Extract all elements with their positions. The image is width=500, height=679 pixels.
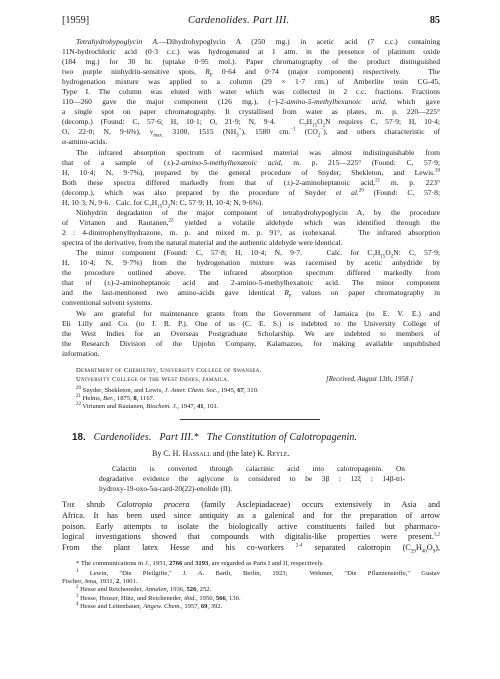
text-line: (decomp.) (Found: C, 57·6; H, 10·1; O, 2… <box>62 117 440 127</box>
text-line: the procedure outlined above. The infrar… <box>62 268 440 278</box>
text-line: poison. Early attempts to isolate the bi… <box>62 522 440 533</box>
text-line: α-amino-acids. <box>62 137 440 147</box>
footnote-4: 4 Hesse and Lettenbauer, Angew. Chem., 1… <box>62 603 440 611</box>
text-line: that of (±)-2-aminoheptanoic acid and 2-… <box>62 278 440 288</box>
received-date: [Received, August 13th, 1958.] <box>326 375 413 383</box>
text-line: From the plant latex Hesse and his co-wo… <box>62 543 440 554</box>
text-line: the Research Division of the Upjohn Comp… <box>62 339 440 349</box>
text-line: hydrogenation mixture was applied to a c… <box>62 77 440 87</box>
text-line: of Virtanen and Rautanen,22 yielded a vo… <box>62 218 440 228</box>
text-line: the West Indies for an Overseas Postgrad… <box>62 329 440 339</box>
text-line: 11N-hydrochloric acid (0·3 c.c.) was hyd… <box>62 47 440 57</box>
text-line: (184 mg.) for 30 hr. (uptake 0·95 mol.).… <box>62 57 440 67</box>
article-title: 18.Cardenolides. Part III.* The Constitu… <box>72 431 357 444</box>
text-line: The shrub Calotropia procera (family Asc… <box>62 500 440 511</box>
address-west-indies: University College of the West Indies, J… <box>76 375 229 384</box>
text-line: Calactin is converted through calactinic… <box>99 464 405 474</box>
text-line: spectra of the derivative, from the natu… <box>62 238 440 248</box>
paragraph-tetrahydrohypoglycin: Tetrahydrohypoglycin A.—Dihydrohypoglyci… <box>62 37 440 148</box>
text-line: We are grateful for maintenance grants f… <box>62 309 440 319</box>
text-line: 110—260 gave the major component (126 mg… <box>62 97 440 107</box>
text-line: that of a sample of (±)-2-amino-5-methyl… <box>62 158 440 168</box>
paragraph-racemised: The infrared absorption spectrum of race… <box>62 148 440 208</box>
text-line: 2 : 4-dinitrophenylhydrazone, m. p. and … <box>62 228 440 238</box>
text-line: conventional solvent systems. <box>62 298 440 308</box>
text-line: Tetrahydrohypoglycin A.—Dihydrohypoglyci… <box>62 37 440 47</box>
article-body: The shrub Calotropia procera (family Asc… <box>62 500 440 554</box>
text-line: Eli Lilly and Co. (to J. R. P.). One of … <box>62 319 440 329</box>
text-line: logical investigations showed that compo… <box>62 532 440 543</box>
text-line: Ninhydrin degradation of the major compo… <box>62 208 440 218</box>
byline: By C. H. Hassall and (the late) K. Reyle… <box>152 449 290 458</box>
text-line: The minor component (Found: C, 57·8; H, … <box>62 248 440 258</box>
text-line: information. <box>62 349 440 359</box>
text-line: two purple ninhydrin-sensitive spots, RF… <box>62 67 440 77</box>
text-line: H, 10·3; N, 9·6. Calc. for C7H15O2N: C, … <box>62 198 440 208</box>
article-divider <box>180 419 320 420</box>
footnotes: * The communications in J., 1951, 2766 a… <box>62 560 440 611</box>
text-line: H, 10·4; N, 9·7%), prepared by the gener… <box>62 168 440 178</box>
paragraph-minor-component: The minor component (Found: C, 57·8; H, … <box>62 248 440 308</box>
page-number: 85 <box>430 15 440 26</box>
acknowledgement: We are grateful for maintenance grants f… <box>62 309 440 359</box>
running-title: Cardenolides. Part III. <box>188 15 289 26</box>
article-number: 18. <box>72 432 86 443</box>
text-line: (decomp.), which was also prepared by th… <box>62 188 440 198</box>
page-header: [1959] Cardenolides. Part III. 85 <box>62 15 440 29</box>
abstract: Calactin is converted through calactinic… <box>99 464 405 494</box>
footnote-2: 2 Hesse and Reicheneder, Annalen, 1936, … <box>62 586 440 594</box>
paragraph-ninhydrin: Ninhydrin degradation of the major compo… <box>62 208 440 248</box>
footnote-1: 1 Lewin, "Die Pfeilgifte," J. A. Barth, … <box>62 570 440 578</box>
text-line: and the last-mentioned two amino-acids g… <box>62 288 440 298</box>
text-line: H, 10·4; N, 9·7%) from the hydrogenation… <box>62 258 440 268</box>
reference-22: 22 Virtanen and Rautanen, Biochem. J., 1… <box>76 403 218 411</box>
text-line: Type I. The column was eluted with water… <box>62 87 440 97</box>
text-line: degradative evidence the aglycone is con… <box>99 474 405 484</box>
footnote-star: * The communications in J., 1951, 2766 a… <box>62 560 440 568</box>
text-line: a single spot on paper chromatography. I… <box>62 107 440 117</box>
footnote-3: 3 Hesse, Heuser, Hütz, and Reicheneder, … <box>62 595 440 603</box>
journal-year: [1959] <box>62 15 89 26</box>
text-line: Africa. It has been used since antiquity… <box>62 511 440 522</box>
text-line: hydroxy-19-oxo-5α-card-20(22)-enolide (I… <box>99 484 405 494</box>
text-line: The infrared absorption spectrum of race… <box>62 148 440 158</box>
text-line: Both these spectra differed markedly fro… <box>62 178 440 188</box>
text-line: O, 22·0; N, 9·6%), νmax. 3100, 1515 (NH3… <box>62 127 440 137</box>
address-swansea: Department of Chemistry, University Coll… <box>76 366 262 375</box>
